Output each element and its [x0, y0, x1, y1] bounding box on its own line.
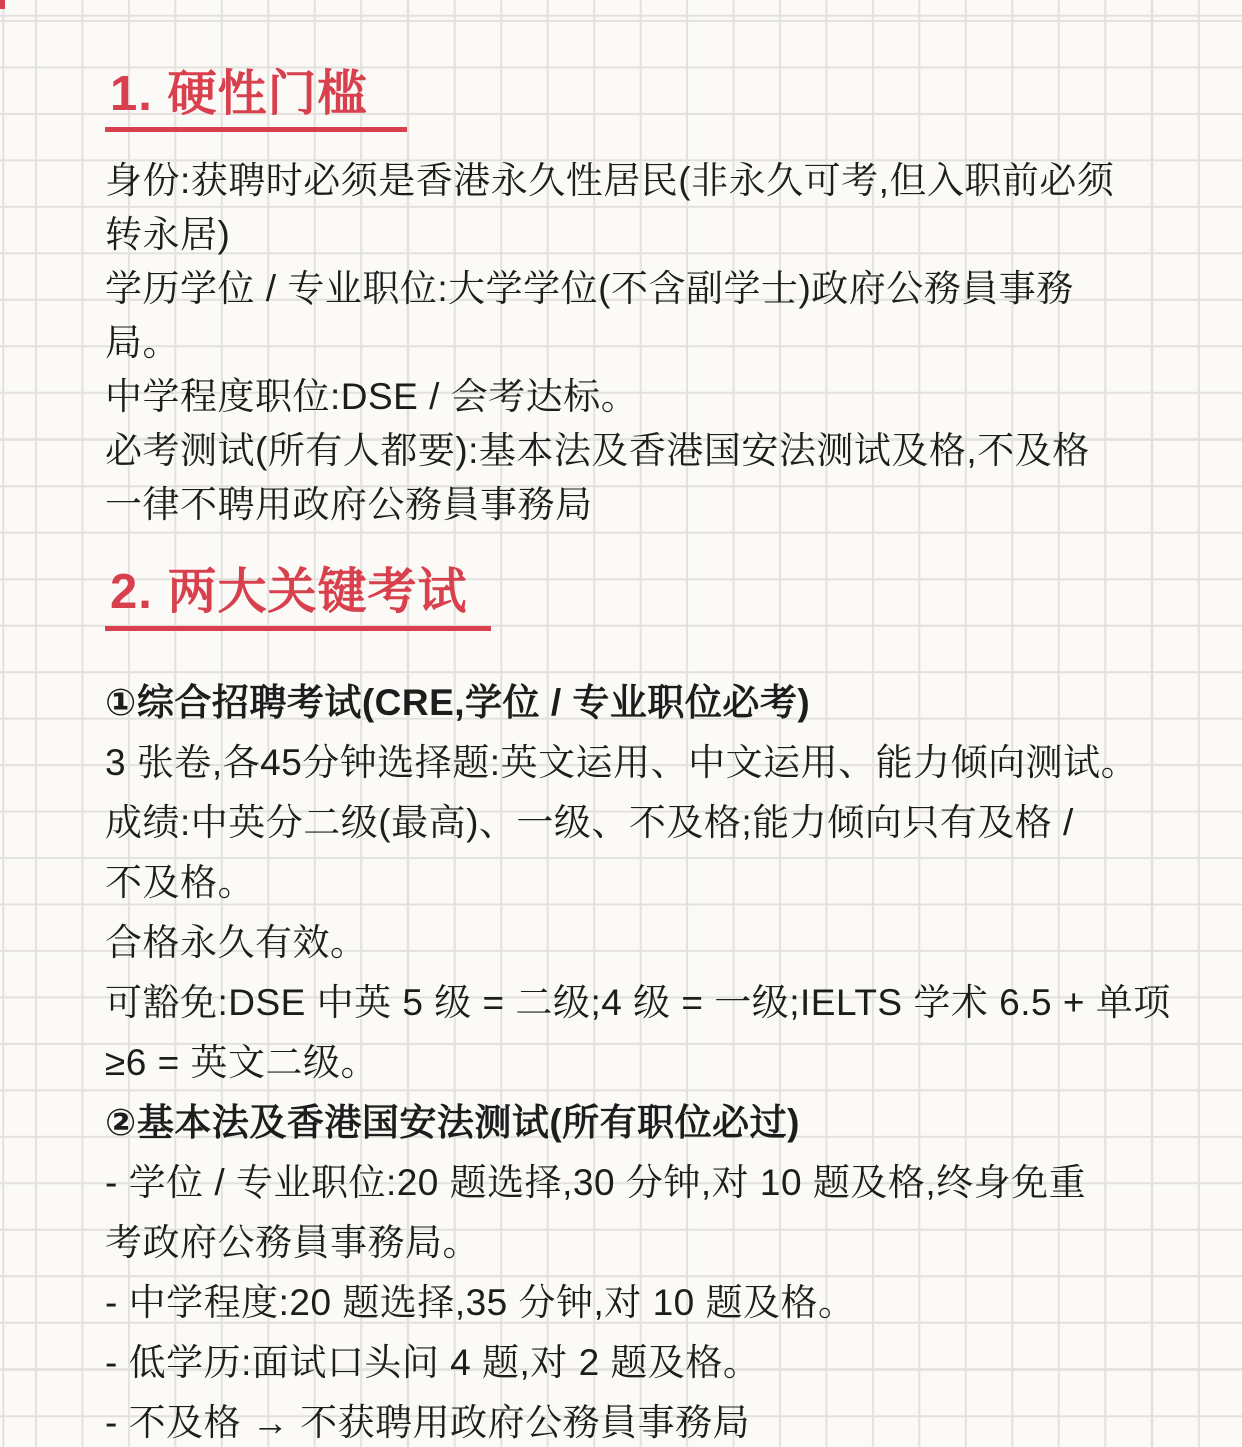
text-line: 局。: [105, 316, 1172, 370]
section-1-heading: 1. 硬性门槛: [105, 66, 407, 132]
text-line: 成绩:中英分二级(最高)、一级、不及格;能力倾向只有及格 /: [105, 793, 1172, 853]
text-line: 学历学位 / 专业职位:大学学位(不含副学士)政府公務員事務: [105, 262, 1172, 316]
section-2-heading: 2. 两大关键考试: [105, 564, 491, 630]
red-edge-mark: [0, 0, 5, 9]
text-line: 合格永久有效。: [105, 913, 1172, 973]
text-line: ≥6 = 英文二级。: [105, 1033, 1172, 1093]
text-line: 一律不聘用政府公務員事務局: [105, 478, 1172, 532]
text-line: 不及格。: [105, 853, 1172, 913]
text-line: 可豁免:DSE 中英 5 级 = 二级;4 级 = 一级;IELTS 学术 6.…: [105, 973, 1172, 1033]
notes-page: 1. 硬性门槛 身份:获聘时必须是香港永久性居民(非永久可考,但入职前必须 转永…: [0, 0, 1242, 1447]
text-line: 转永居): [105, 208, 1172, 262]
text-line: 必考测试(所有人都要):基本法及香港国安法测试及格,不及格: [105, 424, 1172, 478]
subheading-basic-law-test: ②基本法及香港国安法测试(所有职位必过): [105, 1093, 1172, 1153]
text-line: 3 张卷,各45分钟选择题:英文运用、中文运用、能力倾向测试。: [105, 733, 1172, 793]
text-line: - 学位 / 专业职位:20 题选择,30 分钟,对 10 题及格,终身免重: [105, 1153, 1172, 1213]
page-content: 1. 硬性门槛 身份:获聘时必须是香港永久性居民(非永久可考,但入职前必须 转永…: [0, 0, 1242, 1447]
text-line: 考政府公務員事務局。: [105, 1213, 1172, 1273]
section-2-body: ①综合招聘考试(CRE,学位 / 专业职位必考) 3 张卷,各45分钟选择题:英…: [105, 673, 1172, 1447]
section-1-body: 身份:获聘时必须是香港永久性居民(非永久可考,但入职前必须 转永居) 学历学位 …: [105, 154, 1172, 532]
text-line: 身份:获聘时必须是香港永久性居民(非永久可考,但入职前必须: [105, 154, 1172, 208]
text-line: 中学程度职位:DSE / 会考达标。: [105, 370, 1172, 424]
subheading-cre: ①综合招聘考试(CRE,学位 / 专业职位必考): [105, 673, 1172, 733]
text-line: - 不及格 → 不获聘用政府公務員事務局: [105, 1393, 1172, 1447]
text-line: - 低学历:面试口头问 4 题,对 2 题及格。: [105, 1333, 1172, 1393]
text-line: - 中学程度:20 题选择,35 分钟,对 10 题及格。: [105, 1273, 1172, 1333]
